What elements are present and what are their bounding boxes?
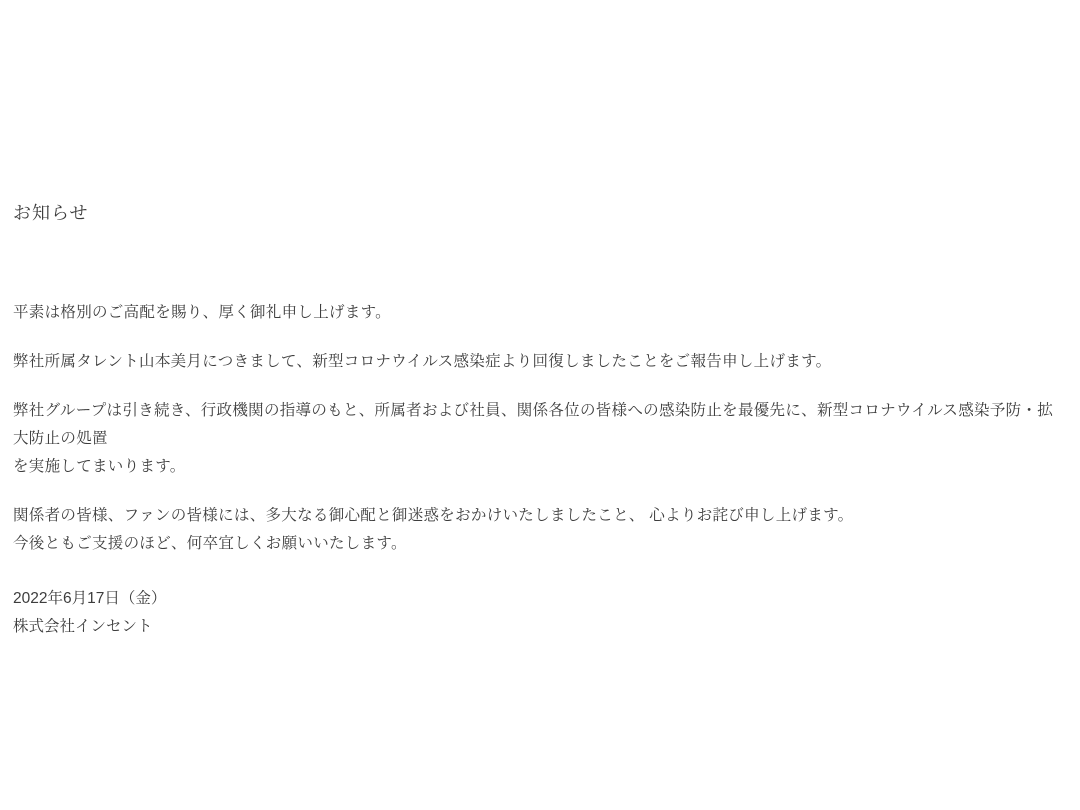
notice-paragraph-apology: 関係者の皆様、ファンの皆様には、多大なる御心配と御迷惑をおかけいたしましたこと、… [13, 502, 1067, 558]
notice-date: 2022年6月17日（金） [13, 585, 1067, 613]
notice-page: お知らせ 平素は格別のご高配を賜り、厚く御礼申し上げます。 弊社所属タレント山本… [0, 0, 1080, 641]
notice-paragraph-report: 弊社所属タレント山本美月につきまして、新型コロナウイルス感染症より回復しましたこ… [13, 348, 1067, 376]
notice-footer: 2022年6月17日（金） 株式会社インセント [13, 585, 1067, 641]
notice-company-name: 株式会社インセント [13, 613, 1067, 641]
notice-paragraph-greeting: 平素は格別のご高配を賜り、厚く御礼申し上げます。 [13, 299, 1067, 327]
notice-title: お知らせ [13, 202, 1067, 224]
notice-paragraph-measures: 弊社グループは引き続き、行政機関の指導のもと、所属者および社員、関係各位の皆様へ… [13, 397, 1067, 481]
